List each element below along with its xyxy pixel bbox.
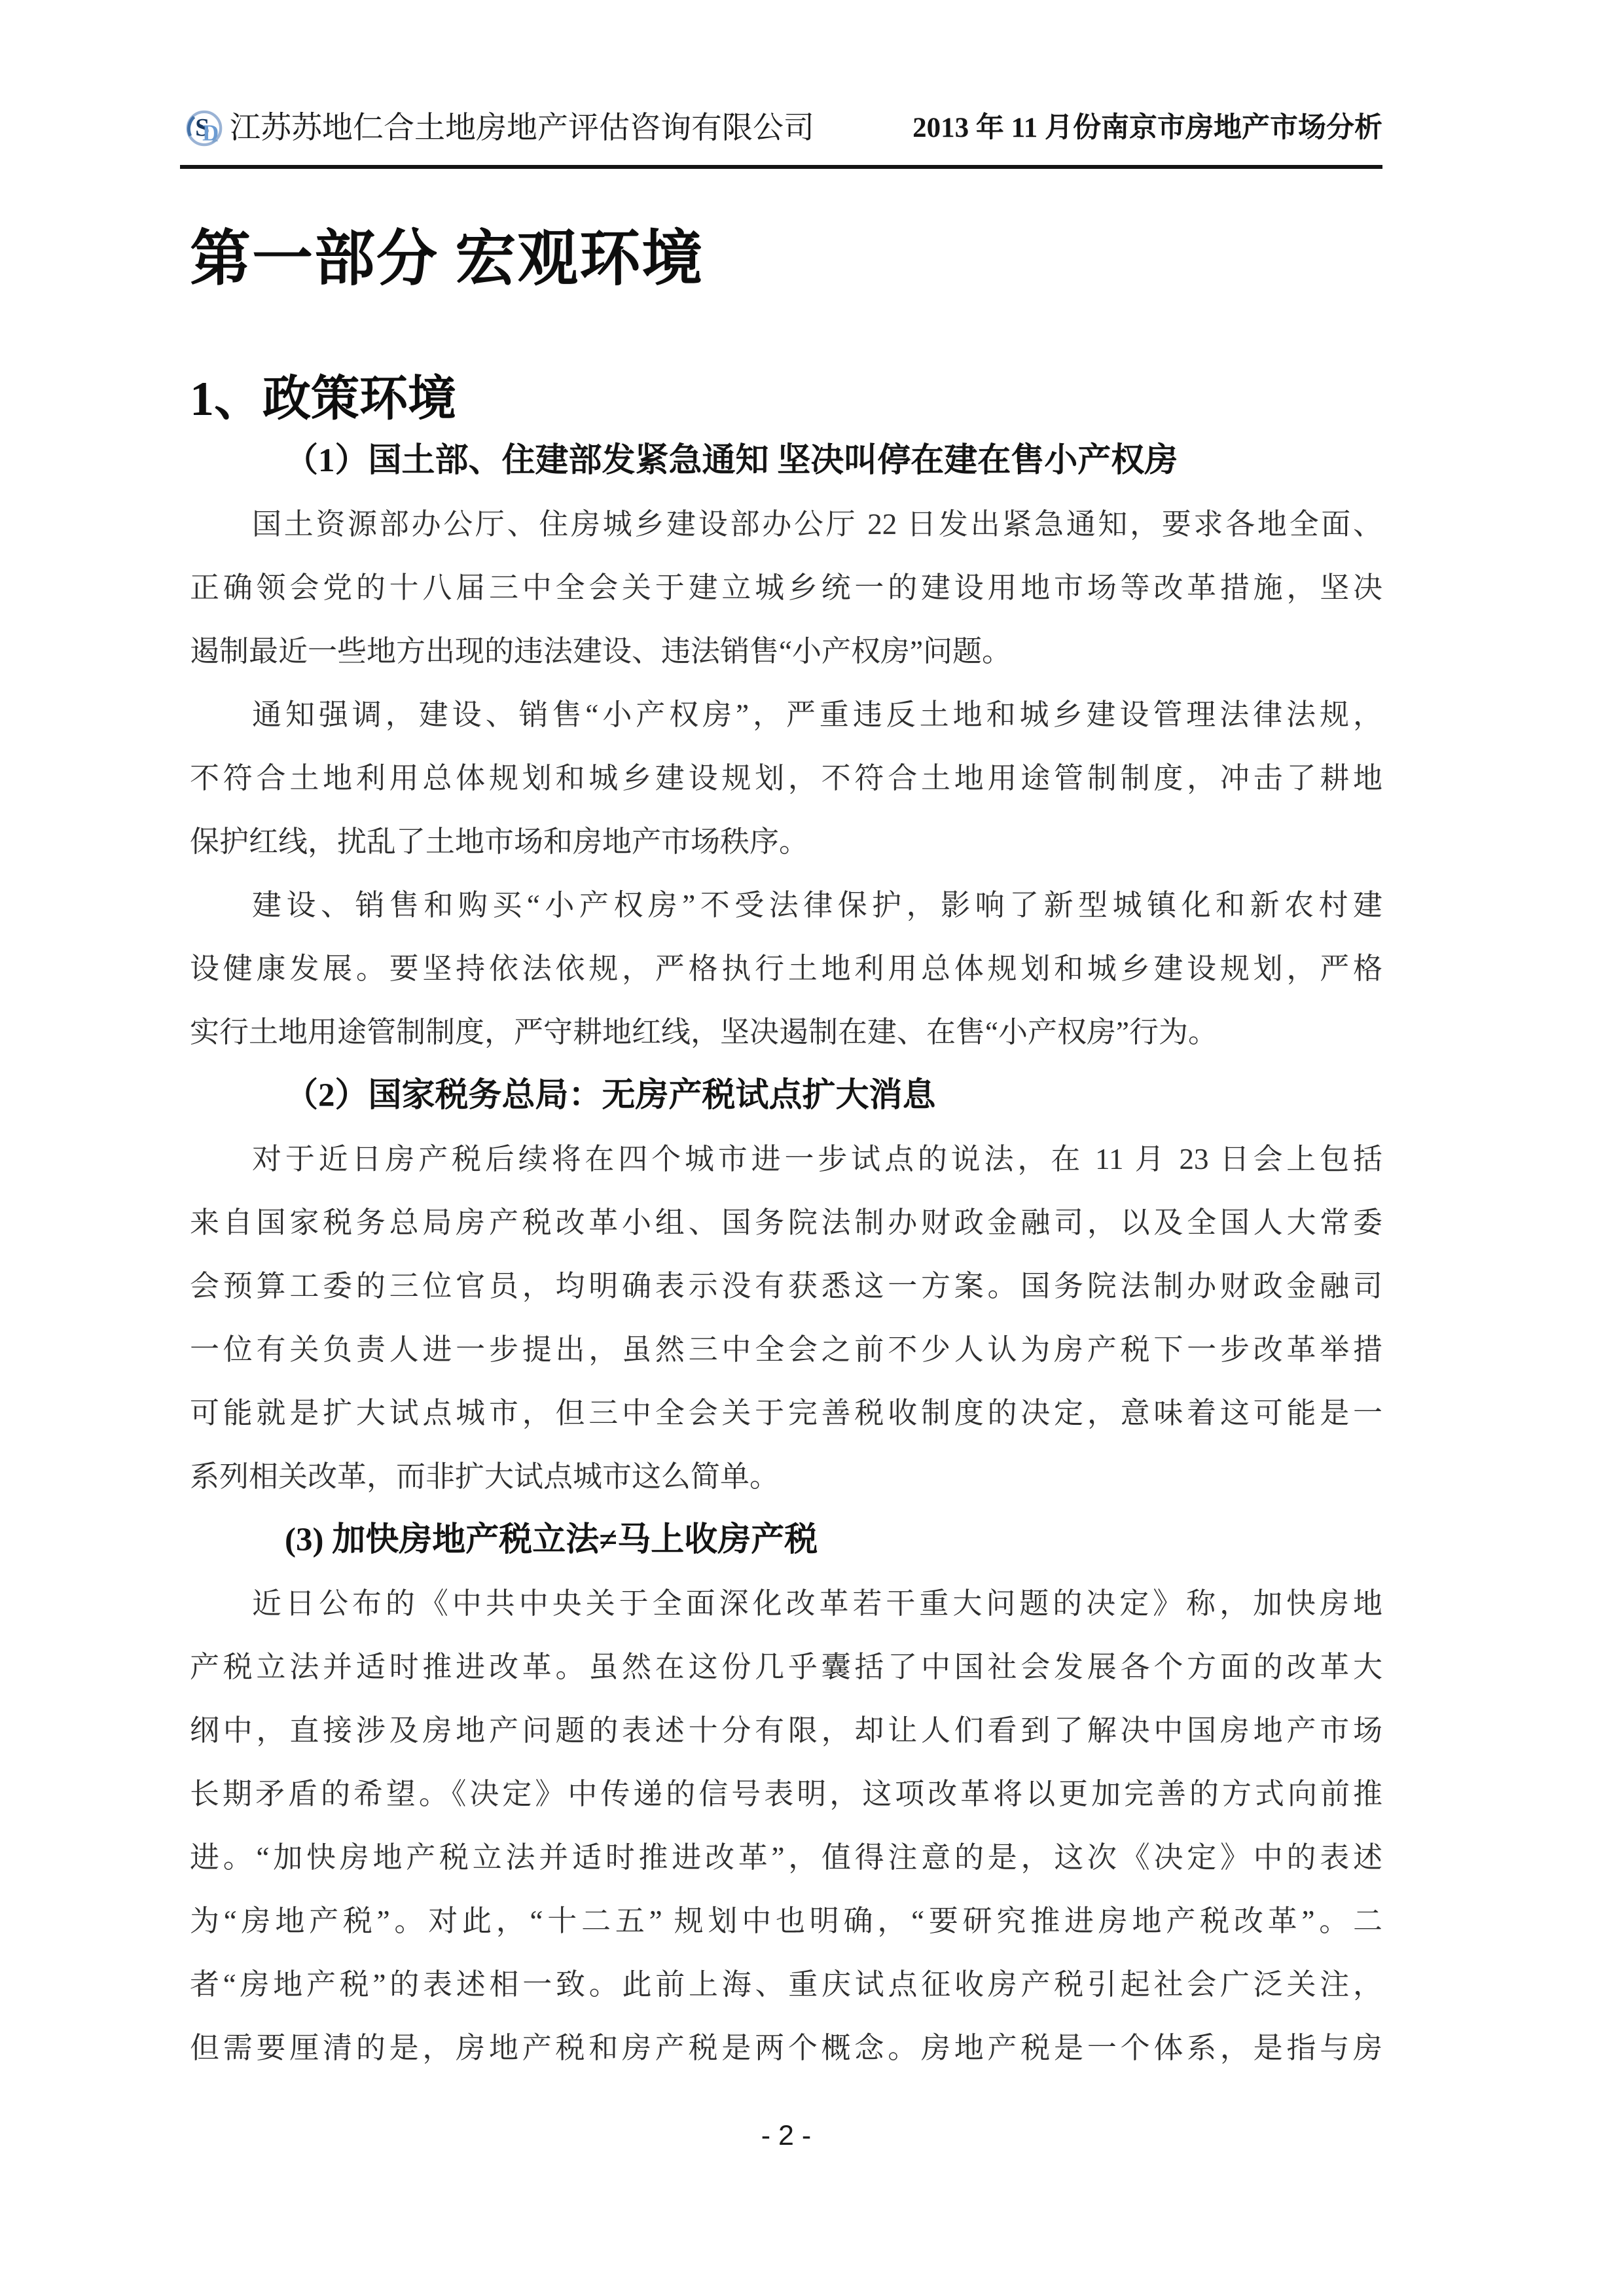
- paragraph: 近日公布的《中共中央关于全面深化改革若干重大问题的决定》称，加快房地产税立法并适…: [190, 1572, 1382, 2080]
- text-line: 纲中，直接涉及房地产问题的表述十分有限，却让人们看到了解决中国房地产市场: [190, 1699, 1382, 1763]
- header-divider: [180, 165, 1382, 169]
- text-line: 系列相关改革，而非扩大试点城市这么简单。: [190, 1445, 1382, 1509]
- text-line: 建设、销售和购买“小产权房”不受法律保护，影响了新型城镇化和新农村建: [190, 874, 1382, 937]
- text-line: 设健康发展。要坚持依法依规，严格执行土地利用总体规划和城乡建设规划，严格: [190, 937, 1382, 1001]
- document-page: S D 江苏苏地仁合土地房地产评估咨询有限公司 2013 年 11 月份南京市房…: [0, 0, 1624, 2296]
- text-line: 不符合土地利用总体规划和城乡建设规划，不符合土地用途管制制度，冲击了耕地: [190, 747, 1382, 810]
- subsection-heading: （1）国土部、住建部发紧急通知 坚决叫停在建在售小产权房: [190, 429, 1382, 493]
- text-line: 可能就是扩大试点城市，但三中全会关于完善税收制度的决定，意味着这可能是一: [190, 1382, 1382, 1445]
- text-line: 对于近日房产税后续将在四个城市进一步试点的说法，在 11 月 23 日会上包括: [190, 1128, 1382, 1191]
- text-line: 正确领会党的十八届三中全会关于建立城乡统一的建设用地市场等改革措施，坚决: [190, 556, 1382, 620]
- text-line: 一位有关负责人进一步提出，虽然三中全会之前不少人认为房产税下一步改革举措: [190, 1318, 1382, 1382]
- section-title: 1、政策环境: [190, 369, 1382, 429]
- text-line: 者“房地产税”的表述相一致。此前上海、重庆试点征收房产税引起社会广泛关注，: [190, 1953, 1382, 2017]
- logo-letter-d: D: [202, 120, 219, 145]
- text-line: 遏制最近一些地方出现的违法建设、违法销售“小产权房”问题。: [190, 620, 1382, 683]
- text-line: 进。“加快房地产税立法并适时推进改革”，值得注意的是，这次《决定》中的表述: [190, 1826, 1382, 1890]
- text-line: 通知强调，建设、销售“小产权房”，严重违反土地和城乡建设管理法律法规，: [190, 683, 1382, 747]
- text-line: 国土资源部办公厅、住房城乡建设部办公厅 22 日发出紧急通知，要求各地全面、: [190, 493, 1382, 556]
- document-body: 第一部分 宏观环境 1、政策环境 （1）国土部、住建部发紧急通知 坚决叫停在建在…: [190, 224, 1382, 2080]
- subsection-heading: （2）国家税务总局：无房产税试点扩大消息: [190, 1064, 1382, 1128]
- text-line: 保护红线，扰乱了土地市场和房地产市场秩序。: [190, 810, 1382, 874]
- report-title: 2013 年 11 月份南京市房地产市场分析: [912, 105, 1382, 152]
- text-line: 实行土地用途管制制度，严守耕地红线，坚决遏制在建、在售“小产权房”行为。: [190, 1001, 1382, 1064]
- page-number: - 2 -: [761, 2120, 811, 2151]
- paragraph: 通知强调，建设、销售“小产权房”，严重违反土地和城乡建设管理法律法规，不符合土地…: [190, 683, 1382, 874]
- text-line: 但需要厘清的是，房地产税和房产税是两个概念。房地产税是一个体系，是指与房: [190, 2017, 1382, 2080]
- page-footer: - 2 -: [190, 2118, 1382, 2153]
- text-line: 产税立法并适时推进改革。虽然在这份几乎囊括了中国社会发展各个方面的改革大: [190, 1636, 1382, 1699]
- company-logo-icon: S D: [185, 109, 223, 147]
- part-title: 第一部分 宏观环境: [190, 224, 1382, 296]
- text-line: 为“房地产税”。对此，“十二五” 规划中也明确，“要研究推进房地产税改革”。二: [190, 1890, 1382, 1953]
- text-line: 会预算工委的三位官员，均明确表示没有获悉这一方案。国务院法制办财政金融司: [190, 1255, 1382, 1318]
- company-name: 江苏苏地仁合土地房地产评估咨询有限公司: [230, 105, 814, 152]
- text-line: 长期矛盾的希望。《决定》中传递的信号表明，这项改革将以更加完善的方式向前推: [190, 1763, 1382, 1826]
- page-header: S D 江苏苏地仁合土地房地产评估咨询有限公司 2013 年 11 月份南京市房…: [185, 105, 1382, 152]
- text-line: 来自国家税务总局房产税改革小组、国务院法制办财政金融司，以及全国人大常委: [190, 1191, 1382, 1255]
- paragraph: 对于近日房产税后续将在四个城市进一步试点的说法，在 11 月 23 日会上包括来…: [190, 1128, 1382, 1509]
- subsection-heading: (3) 加快房地产税立法≠马上收房产税: [190, 1509, 1382, 1572]
- paragraph: 建设、销售和购买“小产权房”不受法律保护，影响了新型城镇化和新农村建设健康发展。…: [190, 874, 1382, 1064]
- blocks-container: （1）国土部、住建部发紧急通知 坚决叫停在建在售小产权房国土资源部办公厅、住房城…: [190, 429, 1382, 2080]
- text-line: 近日公布的《中共中央关于全面深化改革若干重大问题的决定》称，加快房地: [190, 1572, 1382, 1636]
- paragraph: 国土资源部办公厅、住房城乡建设部办公厅 22 日发出紧急通知，要求各地全面、正确…: [190, 493, 1382, 683]
